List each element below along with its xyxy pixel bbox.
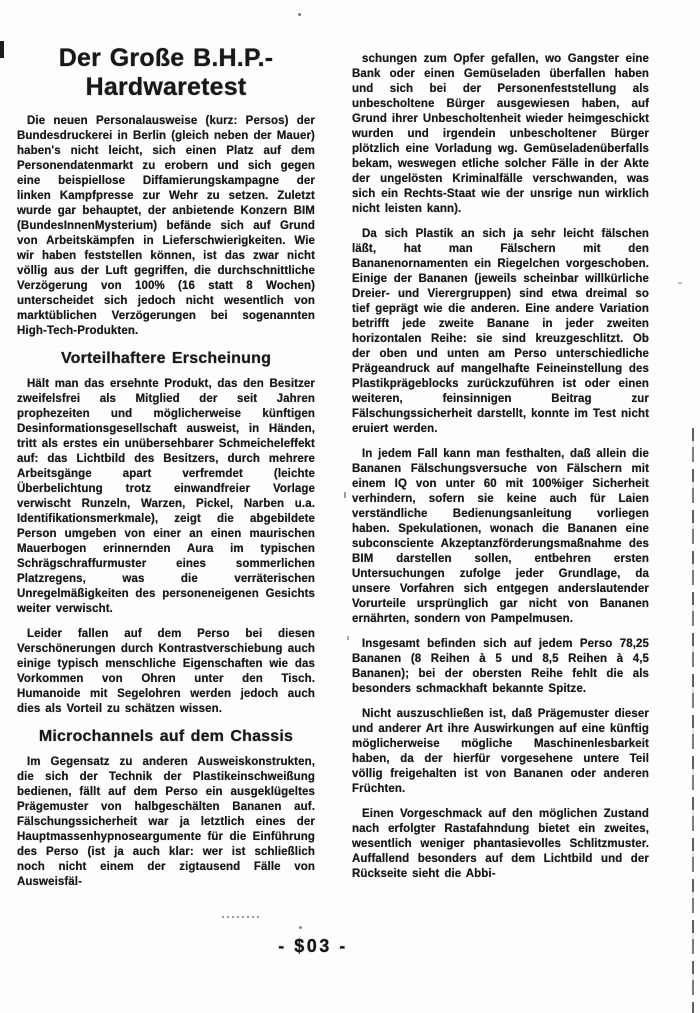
scanned-article-page: Der Große B.H.P.- Hardwaretest Die neuen… [0,0,700,1013]
article-title-line-2: Hardwaretest [86,73,247,101]
body-paragraph: Nicht auszuschließen ist, daß Prägemuste… [352,707,649,797]
section-heading-microchannels: Microchannels auf dem Chassis [17,727,315,746]
scan-speck [344,492,346,498]
body-paragraph: schungen zum Opfer gefallen, wo Gangster… [352,52,649,217]
article-title: Der Große B.H.P.- Hardwaretest [17,44,315,102]
body-paragraph: In jedem Fall kann man festhalten, daß a… [352,447,649,627]
body-paragraph: Da sich Plastik an sich ja sehr leicht f… [352,227,649,437]
body-paragraph: Einen Vorgeschmack auf den möglichen Zus… [352,807,649,882]
scan-noise-dots [222,916,260,918]
scan-speck [299,926,302,929]
left-column: Der Große B.H.P.- Hardwaretest Die neuen… [17,44,315,900]
body-paragraph: Hält man das ersehnte Produkt, das den B… [17,377,315,617]
scan-edge-mark [0,41,4,58]
body-paragraph: Im Gegensatz zu anderen Ausweiskonstrukt… [17,755,315,890]
section-heading-vorteilhaftere-erscheinung: Vorteilhaftere Erscheinung [17,349,315,368]
body-paragraph: Die neuen Personalausweise (kurz: Persos… [17,114,315,339]
scan-speck [298,13,301,16]
body-paragraph: Leider fallen auf dem Perso bei diesen V… [17,627,315,717]
body-paragraph: Insgesamt befinden sich auf jedem Perso … [352,637,649,697]
article-title-line-1: Der Große B.H.P.- [59,44,274,72]
right-column: schungen zum Opfer gefallen, wo Gangster… [352,52,649,892]
scan-speck [347,636,349,640]
scan-edge-line [692,428,694,1013]
page-number: - $03 - [248,936,378,957]
scan-speck [678,282,682,284]
